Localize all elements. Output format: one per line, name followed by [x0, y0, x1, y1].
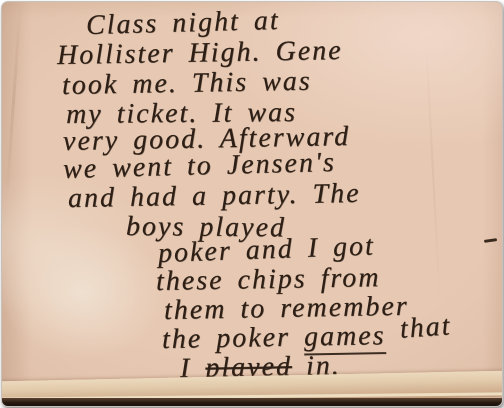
paper-crease — [425, 42, 441, 302]
handwriting-line-12: the poker games that — [162, 321, 452, 354]
handwriting-line-3: took me. This was — [62, 68, 312, 100]
paper-crease — [5, 2, 22, 202]
page-shadow-band — [2, 398, 502, 406]
scrapbook-paper: Class night at Hollister High. Gene took… — [1, 1, 503, 407]
line12-raised-word: that — [384, 312, 451, 345]
scrapbook-photo: Class night at Hollister High. Gene took… — [0, 0, 504, 408]
handwriting-line-7: and had a party. The — [68, 180, 361, 213]
stray-ink-dash — [484, 238, 497, 242]
line12-pre: the poker — [162, 322, 304, 355]
handwriting-line-1: Class night at — [86, 7, 280, 40]
